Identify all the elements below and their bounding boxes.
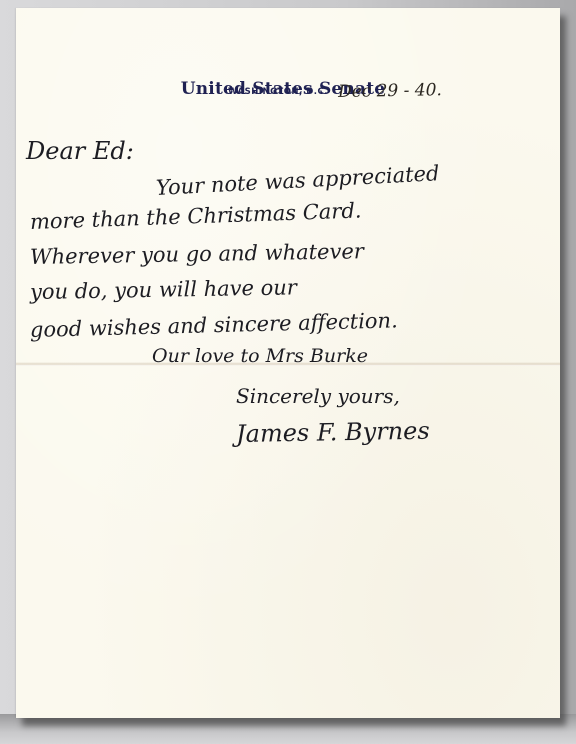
letter-salutation: Dear Ed: (26, 137, 134, 165)
letter-postscript: Our love to Mrs Burke (152, 345, 368, 367)
scan-background-shadow (0, 714, 576, 744)
letter-closing: Sincerely yours, (236, 384, 400, 408)
letter-body-line: you do, you will have our (30, 275, 297, 304)
letter-date: Dec 29 - 40. (338, 80, 442, 102)
letterhead-city: WASHINGTON, D.C. (228, 87, 328, 97)
letter-signature: James F. Byrnes (236, 417, 430, 448)
